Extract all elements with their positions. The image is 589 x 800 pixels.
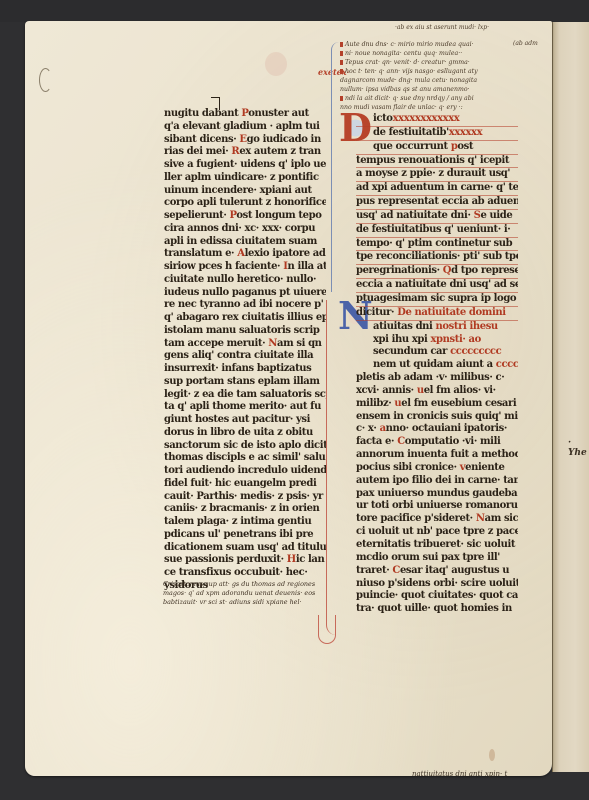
text-line: tori audiendo incredulo uidendo <box>164 465 326 478</box>
text-line: pax uniuerso mundus gaudeba <box>356 488 518 501</box>
text-line: c· x· anno· octauiani ipatoris· <box>356 423 518 436</box>
rubricated-capital: u <box>417 385 424 396</box>
text-line: ictoxxxxxxxxxxxx <box>356 113 518 127</box>
text-line: tempus renouationis q' icepit <box>356 155 518 169</box>
scan-background <box>0 0 589 22</box>
text-line: de festiuitatibus q' ueniunt· i· <box>356 224 518 238</box>
text-line: gens aliq' contra ciuitate illa <box>164 350 326 363</box>
rubric-text: xpnsti· ao <box>431 334 481 345</box>
text-line: ensem in cronicis suis quiq' milib' <box>356 411 518 424</box>
rubricated-capital: N <box>476 513 485 524</box>
rubric-text: xxxxxx <box>449 127 482 138</box>
text-line: a moyse z ppie· z durauit usq' <box>356 168 518 182</box>
rubricated-capital: C <box>392 565 400 576</box>
text-line: traret· Cesar itaq' augustus u <box>356 565 518 578</box>
red-penwork-flourish-tail <box>318 615 336 644</box>
left-column-footnote: Crisostomus sup att· gs du thomas ad reg… <box>163 580 338 607</box>
binding-hole <box>39 68 52 92</box>
text-line: fidel fuit· hic euangelm predi <box>164 478 326 491</box>
bottom-marginal-note: nattiuitatus dni anti xpin· t <box>412 770 507 778</box>
facing-page-edge <box>552 22 589 772</box>
text-line: q' abagaro rex ciuitatis illius ep <box>164 312 326 325</box>
text-line: xcvi· annis· uel fm alios· vi· <box>356 385 518 398</box>
text-line: nem ut quidam aiunt a ccccc <box>356 359 518 372</box>
gloss-line: dagnarcom mude· dng· mula cetu· nonagita <box>340 76 520 85</box>
parchment-stain <box>265 52 287 76</box>
text-line: ci uoluit ut nb' pace tpre z pace <box>356 526 518 539</box>
text-line: tra· quot uille· quot homies in <box>356 603 518 616</box>
text-line: sibant dicens· Ego iudicado in <box>164 134 326 147</box>
text-line: caniis· z bracmanis· z in orien <box>164 503 326 516</box>
text-line: tpe reconciliationis· pti' sub tpe <box>356 251 518 265</box>
rubricated-capital: N <box>268 338 277 349</box>
text-line: mcdio orum sui pax tpre ill' <box>356 552 518 565</box>
text-line: uinum incendere· xpiani aut <box>164 185 326 198</box>
text-line: corpo apli tulerunt z honorifice <box>164 197 326 210</box>
text-line: nugitu dabant Ponuster aut <box>164 108 326 121</box>
gloss-line: hoc t· ten· q· ann· vijs nasgo· esllugan… <box>340 67 520 76</box>
text-line: sue passionis perduxit· Hic lan <box>164 554 326 567</box>
right-text-column: ictoxxxxxxxxxxxxde festiuitatib'xxxxxxqu… <box>356 113 518 616</box>
text-line: ce transfixus occubuit· hec· <box>164 567 326 580</box>
text-line: tore pacifice p'sideret· Nam sic nas <box>356 513 518 526</box>
footnote-line: babtizauit· vr sci st· adiuns sidi xpian… <box>163 598 338 607</box>
text-line: atiuitas dni nostri ihesu <box>356 321 518 334</box>
text-line: annorum inuenta fuit a methodio· <box>356 449 518 462</box>
rubric-text: ccccccccc <box>450 346 501 357</box>
text-line: rias dei mei· Rex autem z tran <box>164 146 326 159</box>
text-line: autem ipo filio dei in carne· tanta <box>356 475 518 488</box>
text-line: ller aplm uindicare· z pontific <box>164 172 326 185</box>
rubric-text: ccccc <box>496 359 518 370</box>
rubricated-capital: Q <box>443 265 451 276</box>
text-line: tempo· q' ptim continetur sub <box>356 238 518 252</box>
left-text-column: nugitu dabant Ponuster autq'a elevant gl… <box>164 108 326 593</box>
text-line: dorus in libro de uita z obitu <box>164 427 326 440</box>
facing-page-marginal-note: · Yhe <box>568 438 589 458</box>
text-line: pletis ab adam ·v· milibus· c· <box>356 372 518 385</box>
text-line: de festiuitatib'xxxxxx <box>356 127 518 141</box>
text-line: legit· z ea die tam saluatoris scp <box>164 389 326 402</box>
text-line: cauit· Parthis· medis· z psis· yr <box>164 491 326 504</box>
text-line: insurrexit· infans baptizatus <box>164 363 326 376</box>
parchment-stain <box>489 749 495 761</box>
text-line: xpi ihu xpi xpnsti· ao <box>356 334 518 347</box>
text-line: que occurrunt post <box>356 141 518 155</box>
text-line: sanctorum sic de isto aplo dicit· z <box>164 440 326 453</box>
text-line: tam accepe meruit· Nam si qn <box>164 338 326 351</box>
text-line: iudeus nullo paganus pt uiuere <box>164 287 326 300</box>
footnote-line: Crisostomus sup att· gs du thomas ad reg… <box>163 580 338 589</box>
gloss-line: ni· noue nonagita· centu quq· mulea·· <box>340 49 520 58</box>
text-line: q'a elevant gladium · aplm tui <box>164 121 326 134</box>
text-line: milibz· uel fm eusebium cesari <box>356 398 518 411</box>
rubric-text: xxxxxxxxxxxx <box>393 113 460 124</box>
text-line: siriow pces h faciente· In illa at <box>164 261 326 274</box>
text-line: ciuitate nullo heretico· nullo· <box>164 274 326 287</box>
text-line: ur toti orbi uniuerse romanorum ipa <box>356 500 518 513</box>
rubric-text: nostri ihesu <box>436 321 498 332</box>
rubricated-capital: H <box>287 554 296 565</box>
footnote-line: magos· q' ad xpm adorandu uenat deuenis·… <box>163 589 338 598</box>
text-line: thomas discipls e ac simil' salu <box>164 452 326 465</box>
rubric-text: De natiuitate domini <box>397 307 505 318</box>
text-line: eccia a natiuitate dni usq' ad se <box>356 279 518 293</box>
text-line: pdicans ul' penetrans ibi pre <box>164 529 326 542</box>
text-line: translatum e· Alexio ipatore ad <box>164 248 326 261</box>
text-line: sive a fugient· uidens q' iplo ue <box>164 159 326 172</box>
gloss-block: Aute dnu dns· c· mirio mirio mudea quai·… <box>340 40 520 112</box>
text-line: giunt hostes aut pacitur· ysi <box>164 414 326 427</box>
text-line: dicitur· De natiuitate domini <box>356 307 518 321</box>
text-line: sup portam stans eplam illam <box>164 376 326 389</box>
gloss-header: ·ab ex aiu st aserunt mudi· lxp· <box>395 24 489 31</box>
text-line: pocius sibi cronice· veniente <box>356 462 518 475</box>
text-line: dicationem suam usq' ad titulu <box>164 542 326 555</box>
text-line: ptuagesimam sic supra ip logo <box>356 293 518 307</box>
text-line: usq' ad natiuitate dni· Se uide <box>356 210 518 224</box>
text-line: puincie· quot ciuitates· quot cas <box>356 590 518 603</box>
text-line: pus representat eccia ab aduentu <box>356 196 518 210</box>
gloss-line: nullum· ipsa vidbas qs st anu amanenmo· <box>340 85 520 94</box>
text-line: eternitatis tribueret· sic uoluit ū <box>356 539 518 552</box>
text-line: facta e· Computatio ·vi· mili <box>356 436 518 449</box>
text-line: niuso p'sidens orbi· scire uoluit q' <box>356 578 518 591</box>
text-line: sepelierunt· Post longum tepo <box>164 210 326 223</box>
text-line: apli in edissa ciuitatem suam <box>164 236 326 249</box>
rubricated-capital: C <box>397 436 405 447</box>
text-line: cira annos dni· xc· xxx· corpu <box>164 223 326 236</box>
text-line: istolam manu saluatoris scrip <box>164 325 326 338</box>
text-line: peregrinationis· Qd tpo represeitat <box>356 265 518 279</box>
text-line: talem plaga· z intima gentiu <box>164 516 326 529</box>
blue-penwork-flourish <box>331 42 346 292</box>
gloss-line: ndi la ait dicit· q· sue dny nrdqy / any… <box>340 94 520 103</box>
gloss-line: Aute dnu dns· c· mirio mirio mudea quai· <box>340 40 520 49</box>
rubricated-capital: E <box>239 134 246 145</box>
text-line: secundum car ccccccccc <box>356 346 518 359</box>
text-line: re nec tyranno ad ibi nocere p' <box>164 299 326 312</box>
gloss-line: Tepus crat· qn· venit· d· creatur· gmma· <box>340 58 520 67</box>
rubricated-capital: A <box>237 248 244 259</box>
text-line: ad xpi aduentum in carne· q' te <box>356 182 518 196</box>
text-line: ta q' apli thome merito· aut fu <box>164 401 326 414</box>
